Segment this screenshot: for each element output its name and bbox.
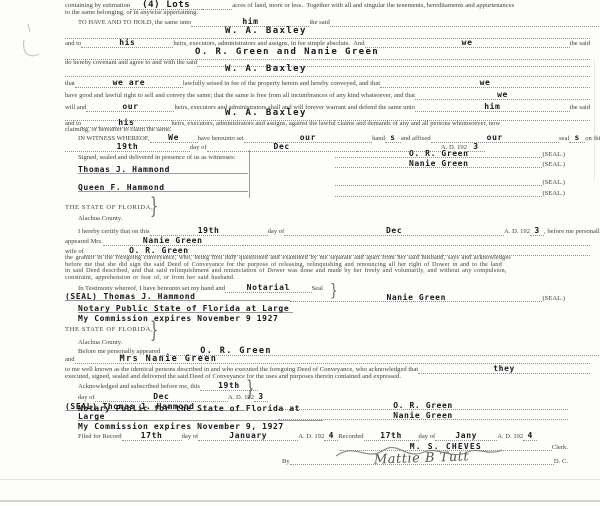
fill-wife-name: Nanie Green [103, 236, 243, 246]
typed-we-2: we [480, 79, 491, 87]
typed-witness-2: Queen F. Hammond [78, 184, 165, 192]
deputy-signature-line: Mattie B Tutt [290, 454, 554, 465]
form-text: day of [419, 433, 436, 441]
clerk-label: Clerk. [552, 444, 568, 451]
fill-rec-day: 17th [364, 431, 419, 441]
typed-17th: 17th [141, 432, 163, 440]
typed-january: January [229, 432, 267, 440]
form-text: and [65, 356, 75, 364]
notary-signature-1: (SEAL) Thomas J. Hammond [65, 290, 290, 301]
typed-dec: Dec [274, 143, 290, 151]
seal-signature-line [335, 189, 542, 197]
dower-paragraph: the grantor in the foregoing conveyance,… [65, 255, 591, 281]
fill-cert-month: Dec [284, 226, 504, 236]
typed-we-3: we [497, 91, 508, 99]
fill-s2: s [569, 133, 585, 143]
typed-we-are: we are [113, 79, 146, 87]
deputy-row: By Mattie B Tutt D. C. [282, 455, 568, 465]
form-text: on this [585, 135, 600, 143]
typed-19th-3: 19th [218, 382, 240, 390]
typed-notary-name-1: Thomas J. Hammond [104, 293, 196, 301]
typed-we-4: We [168, 134, 179, 142]
fill-day: 19th [65, 142, 190, 152]
seal-signature-line: Nanie Green [335, 159, 542, 168]
typed-nanie: Nanie Green [143, 237, 203, 245]
form-text: seal [559, 135, 569, 143]
line-witness-heading: Signed, sealed and delivered in presence… [65, 152, 328, 162]
state-label: THE STATE OF FLORIDA, [65, 326, 153, 334]
form-text: A. D. 192 [497, 433, 523, 441]
line-filed: Filed for Record 17th day of January A. … [65, 431, 600, 441]
typed-year-3b: 3 [534, 227, 539, 235]
typed-s1: s [390, 134, 395, 142]
typed-our-2: our [487, 134, 503, 142]
seal-label: (SEAL.) [542, 190, 565, 197]
form-text: Filed for Record [78, 433, 122, 441]
witness-seal-divider [249, 150, 250, 198]
pencil-mark-artifact [14, 18, 74, 73]
seal-row-3: (SEAL.) [335, 176, 565, 186]
fill-rec-year: 4 [523, 431, 537, 441]
fill-we-are: we are [75, 78, 183, 88]
form-text: Signed, sealed and delivered in presence… [78, 154, 235, 162]
typed-year-4b: 4 [528, 432, 533, 440]
form-text: day of [182, 433, 199, 441]
typed-or-green-seal: O. R. Green [409, 150, 469, 158]
witness-signature-2: Queen F. Hammond [78, 181, 248, 192]
form-text: Recorded [338, 433, 363, 441]
form-text: day of [268, 228, 285, 236]
typed-covenant-name: W. A. Baxley [225, 65, 307, 77]
fill-filed-day: 17th [122, 431, 182, 441]
typed-seal-prefix: (SEAL) [65, 293, 98, 301]
fill-filed-year: 4 [324, 431, 338, 441]
form-text: A. D. 192 [298, 433, 324, 441]
seal-label: (SEAL.) [542, 179, 565, 186]
seal-signature-line: Nanie Green [290, 293, 542, 302]
seal-row-4: (SEAL.) [335, 187, 565, 197]
seal-label: (SEAL.) [542, 151, 565, 158]
form-text: lawfully seised in fee of the property h… [183, 80, 380, 88]
form-text: to the same belonging, or in anywise app… [65, 9, 198, 17]
line-right-to-sell: have good and lawful right to sell and c… [65, 90, 590, 100]
line-and-name: and Mrs Nanie Green [65, 354, 590, 364]
seal-label: (SEAL.) [542, 161, 565, 168]
form-text: executed, signed, sealed and delivered t… [65, 373, 401, 381]
state-label: THE STATE OF FLORIDA, [65, 204, 153, 212]
form-text: appeared Mrs. [65, 238, 103, 246]
state-heading-1: THE STATE OF FLORIDA, [65, 202, 590, 212]
witness-signature-1: Thomas J. Hammond [78, 163, 248, 174]
seal-signature-line [335, 178, 542, 186]
typed-dec-2: Dec [386, 227, 402, 235]
typed-his: his [119, 39, 135, 47]
seal-row-2: Nanie Green (SEAL.) [335, 158, 565, 168]
typed-our-1: our [300, 134, 316, 142]
seal-signature-line: O. R. Green [335, 149, 542, 158]
typed-mrs-nanie: Mrs Nanie Green [120, 355, 218, 363]
typed-year-3c: 3 [258, 393, 263, 401]
fill-cert-day: 19th [150, 226, 268, 236]
state-heading-2: THE STATE OF FLORIDA, [65, 324, 590, 334]
line-appeared: appeared Mrs. Nanie Green [65, 236, 590, 246]
dower-seal-row: Nanie Green (SEAL.) [290, 292, 565, 302]
commission-line-2: My Commission expires November 9, 1927 [78, 420, 318, 430]
form-text: I hereby certify that on this [78, 228, 150, 236]
rule-covenant-name: W. A. Baxley [65, 64, 590, 77]
typed-19th-2: 19th [198, 227, 220, 235]
fill-we-2: we [380, 78, 590, 88]
right-margin-artifact [594, 60, 595, 180]
seal-row-1: O. R. Green (SEAL.) [335, 148, 565, 158]
typed-19th: 19th [117, 143, 139, 151]
typed-year-4: 4 [329, 432, 334, 440]
form-text: day of [190, 144, 207, 152]
county-label: Alachua County. [78, 215, 122, 223]
dc-label: D. C. [554, 458, 568, 465]
typed-witness-1: Thomas J. Hammond [78, 166, 170, 174]
typed-17th-2: 17th [380, 432, 402, 440]
by-label: By [282, 458, 290, 465]
fill-name-2: Mrs Nanie Green [75, 354, 590, 364]
typed-him: him [242, 18, 258, 26]
fill-sub-year: 3 [254, 392, 268, 402]
form-text: Acknowledged and subscribed before me, t… [78, 383, 200, 391]
typed-nanie-green-seal: Nanie Green [409, 160, 469, 168]
typed-ack-name-1: O. R. Green [393, 402, 453, 410]
typed-nanie-2: Nanie Green [386, 294, 446, 302]
typed-commission-1: My Commission expires November 9 1927 [78, 315, 278, 323]
seal-label: (SEAL.) [542, 295, 565, 302]
typed-s2: s [575, 134, 580, 142]
fill-we-3: we [415, 90, 590, 100]
para-line-4: constraint, apprehension or fear of, or … [65, 275, 591, 282]
page-crease-line [0, 479, 600, 480]
typed-ack-name-2: Nanie Green [393, 412, 453, 420]
typed-commission-2: My Commission expires November 9, 1927 [78, 423, 284, 431]
deputy-clerk-signature: Mattie B Tutt [374, 452, 469, 465]
typed-notary-title-2: Notary Public for the State of Florida a… [78, 405, 323, 421]
county-line-1: Alachua County. [65, 213, 600, 223]
scanned-deed-page: containing by estimation (4) Lots acres … [0, 0, 600, 506]
form-text: A. D. 192 [504, 228, 530, 236]
form-text: that [65, 80, 75, 88]
form-text: , before me personally [544, 228, 600, 236]
line-estimation-cont: to the same belonging, or in anywise app… [65, 7, 590, 17]
typed-jany: Jany [455, 432, 477, 440]
line-certify: I hereby certify that on this 19th day o… [65, 226, 600, 236]
page-edge-line [0, 500, 600, 502]
typed-we: we [462, 39, 473, 47]
line-seised: that we are lawfully seised in fee of th… [65, 78, 590, 88]
line-well-known-cont: executed, signed, sealed and delivered t… [65, 371, 590, 381]
commission-line-1: My Commission expires November 9 1927 [78, 312, 308, 322]
fill-rec-month: Jany [435, 431, 497, 441]
form-text: have good and lawful right to sell and c… [65, 92, 415, 100]
fill-filed-month: January [198, 431, 298, 441]
line-subscribed: Acknowledged and subscribed before me, t… [65, 381, 258, 391]
fill-cert-year: 3 [530, 226, 544, 236]
